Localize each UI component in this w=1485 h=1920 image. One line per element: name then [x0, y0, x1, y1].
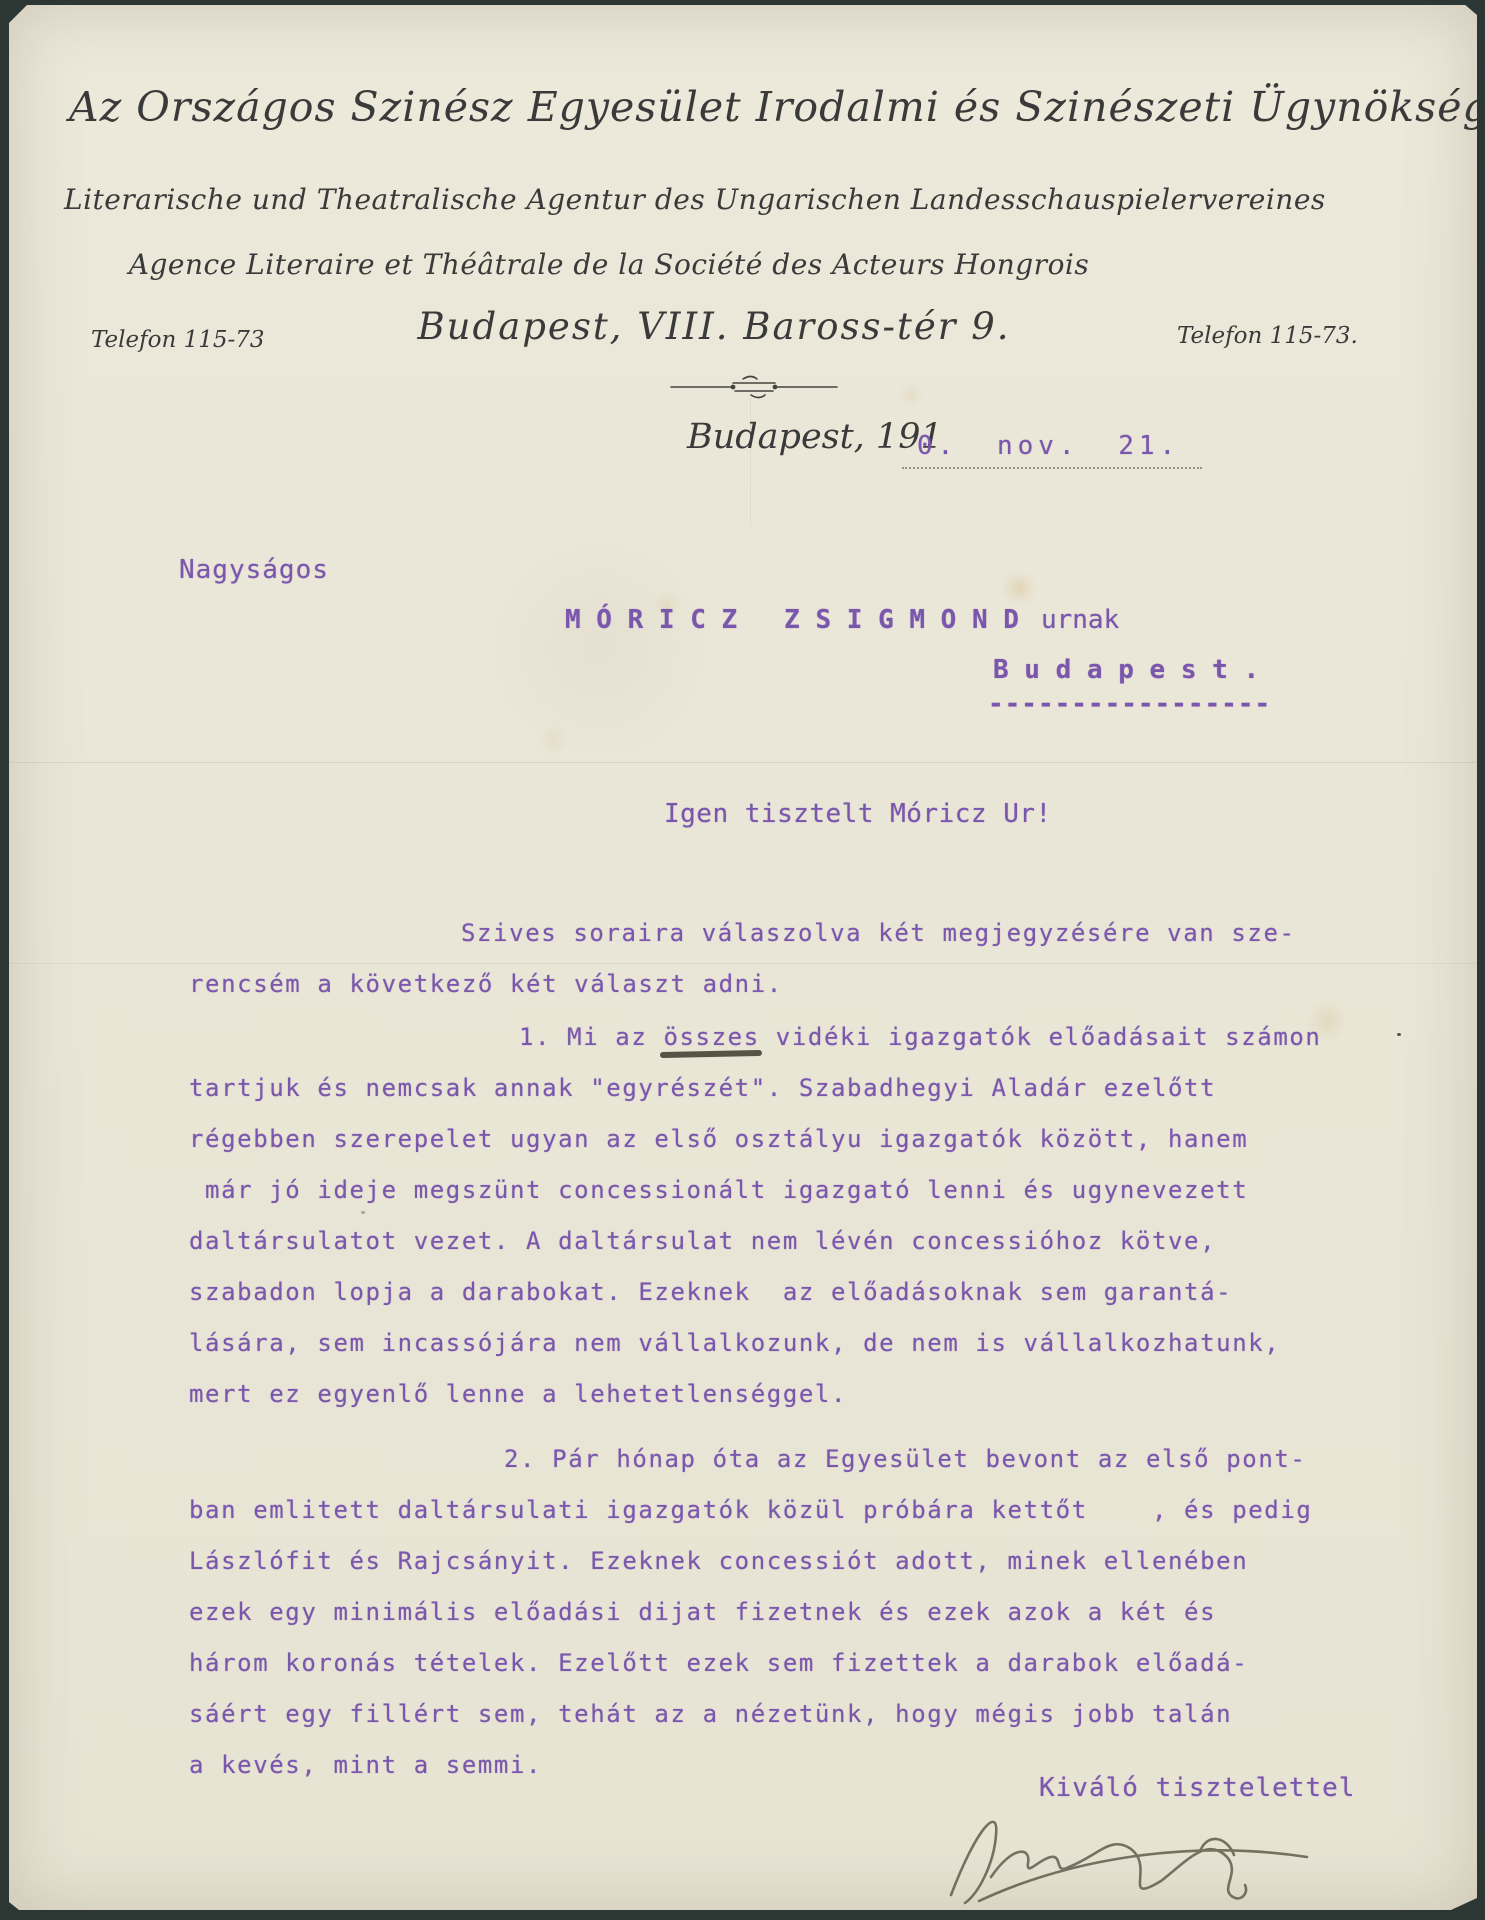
body-line: Szives soraira válaszolva két megjegyzés…: [189, 908, 1289, 959]
pencil-underlined-word: összes: [663, 1023, 759, 1051]
body-line: lására, sem incassójára nem vállalkozunk…: [189, 1318, 1289, 1369]
body-paragraph: 2. Pár hónap óta az Egyesület bevont az …: [189, 1434, 1289, 1791]
body-text-segment: három koronás tételek. Ezelőtt ezek sem …: [189, 1649, 1248, 1677]
body-line: 2. Pár hónap óta az Egyesület bevont az …: [189, 1434, 1289, 1485]
body-line: rencsém a következő két választ adni.: [189, 959, 1289, 1010]
body-line: sáért egy fillért sem, tehát az a nézetü…: [189, 1689, 1289, 1740]
body-text-segment: sáért egy fillért sem, tehát az a nézetü…: [189, 1700, 1232, 1728]
divider-ornament-icon: [669, 373, 839, 403]
ink-speck: [1397, 1033, 1401, 1036]
body-line: régebben szerepelet ugyan az első osztál…: [189, 1114, 1289, 1165]
salutation: Igen tisztelt Móricz Ur!: [664, 799, 1052, 829]
body-text-segment: mert ez egyenlő lenne a lehetetlenséggel…: [189, 1380, 847, 1408]
body-line: már jó ideje megszünt concessionált igaz…: [189, 1165, 1289, 1216]
date-printed: Budapest, 191: [687, 417, 943, 457]
body-text-segment: 2. Pár hónap óta az Egyesület bevont az …: [504, 1445, 1306, 1473]
body-text-segment: régebben szerepelet ugyan az első osztál…: [189, 1125, 1248, 1153]
letter-paper: Az Országos Szinész Egyesület Irodalmi é…: [9, 5, 1477, 1910]
recipient-city: B u d a p e s t .: [993, 655, 1259, 685]
body-line: három koronás tételek. Ezelőtt ezek sem …: [189, 1638, 1289, 1689]
body-line: ban emlitett daltársulati igazgatók közü…: [189, 1485, 1289, 1536]
body-line: tartjuk és nemcsak annak "egyrészét". Sz…: [189, 1063, 1289, 1114]
body-line: ezek egy minimális előadási dijat fizetn…: [189, 1587, 1289, 1638]
telefon-right: Telefon 115-73.: [1177, 323, 1358, 349]
recipient-name-suffix: urnak: [1041, 605, 1119, 635]
body-text-segment: daltársulatot vezet. A daltársulat nem l…: [189, 1227, 1216, 1255]
body-text-segment: vidéki igazgatók előadásait számon: [760, 1023, 1322, 1051]
body-line: 1. Mi az összes vidéki igazgatók előadás…: [189, 1012, 1289, 1063]
body-line: mert ez egyenlő lenne a lehetetlenséggel…: [189, 1369, 1289, 1420]
body-text-segment: Lászlófit és Rajcsányit. Ezeknek concess…: [189, 1547, 1248, 1575]
body-paragraph: Szives soraira válaszolva két megjegyzés…: [189, 908, 1289, 1010]
telefon-left: Telefon 115-73: [91, 327, 265, 353]
handwritten-signature: [939, 1797, 1329, 1920]
recipient-name: M Ó R I C Z Z S I G M O N D: [565, 605, 1019, 635]
body-text-segment: ezek egy minimális előadási dijat fizetn…: [189, 1598, 1216, 1626]
body-text-segment: a kevés, mint a semmi.: [189, 1751, 542, 1779]
letterhead-title-german: Literarische und Theatralische Agentur d…: [64, 183, 1154, 216]
letterhead-title-hungarian: Az Országos Szinész Egyesület Irodalmi é…: [69, 83, 1169, 131]
recipient-honorific: Nagyságos: [179, 555, 329, 585]
body-text-segment: szabadon lopja a darabokat. Ezeknek az e…: [189, 1278, 1232, 1306]
scanned-letter-page: { "letterhead": { "line_hu": "Az Országo…: [0, 0, 1485, 1920]
body-line: Lászlófit és Rajcsányit. Ezeknek concess…: [189, 1536, 1289, 1587]
letter-body: Szives soraira válaszolva két megjegyzés…: [189, 908, 1289, 1791]
letterhead-address: Budapest, VIII. Baross-tér 9.: [409, 305, 1019, 348]
body-text-segment: lására, sem incassójára nem vállalkozunk…: [189, 1329, 1280, 1357]
body-line: daltársulatot vezet. A daltársulat nem l…: [189, 1216, 1289, 1267]
fold-crease-upper: [9, 762, 1477, 764]
date-typed: 0. nov. 21.: [917, 431, 1180, 461]
body-paragraph: 1. Mi az összes vidéki igazgatók előadás…: [189, 1012, 1289, 1420]
letterhead-title-french: Agence Literaire et Théâtrale de la Soci…: [64, 248, 1154, 281]
body-line: szabadon lopja a darabokat. Ezeknek az e…: [189, 1267, 1289, 1318]
body-text-segment: 1. Mi az: [519, 1023, 663, 1051]
body-text-segment: ban emlitett daltársulati igazgatók közü…: [189, 1496, 1312, 1524]
recipient-name-line: M Ó R I C Z Z S I G M O N Durnak: [565, 605, 1119, 635]
body-text-segment: tartjuk és nemcsak annak "egyrészét". Sz…: [189, 1074, 1216, 1102]
body-text-segment: Szives soraira válaszolva két megjegyzés…: [461, 919, 1296, 947]
body-text-segment: már jó ideje megszünt concessionált igaz…: [189, 1176, 1248, 1204]
body-text-segment: rencsém a következő két választ adni.: [189, 970, 783, 998]
recipient-city-underline: -----------------: [988, 689, 1271, 719]
